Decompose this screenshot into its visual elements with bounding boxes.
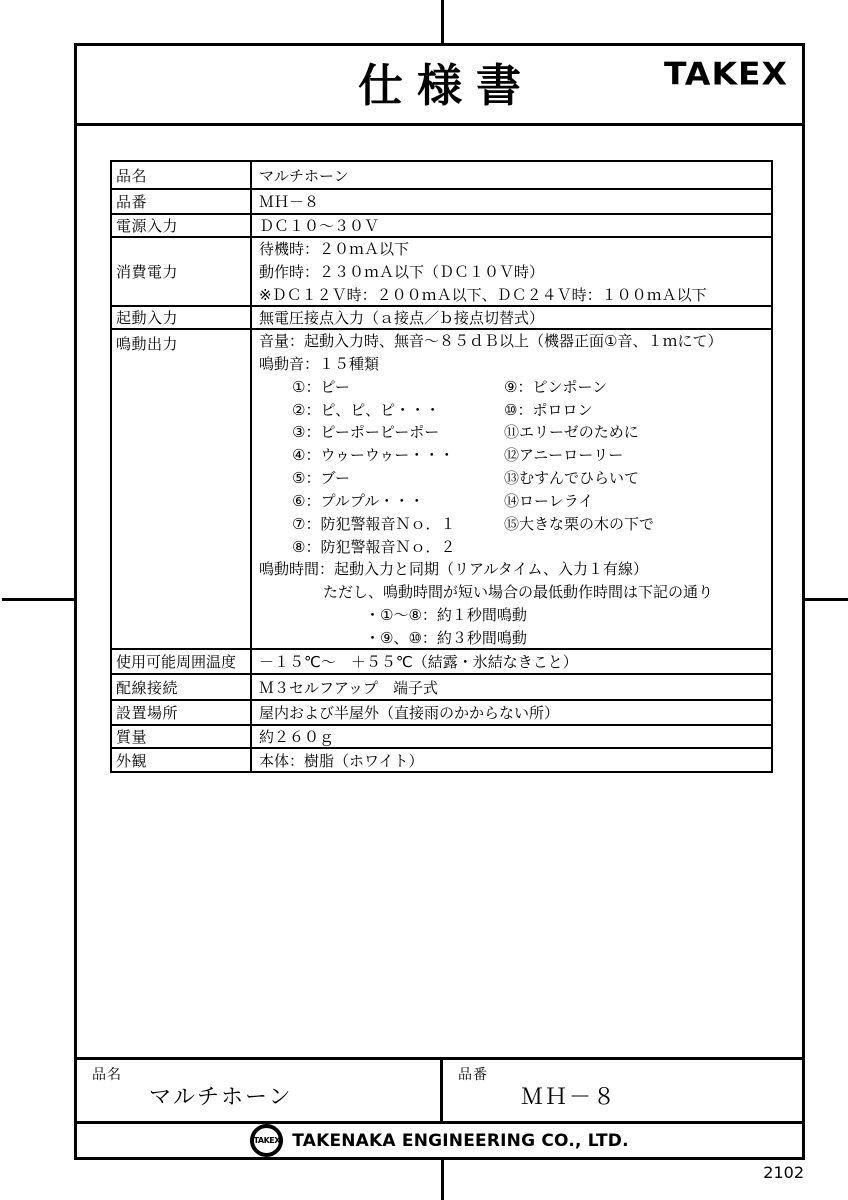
row-label: 消費電力 xyxy=(112,238,252,305)
row-value: 音量：起動入力時、無音～８５ｄＢ以上（機器正面①音、１ｍにて） 鳴動音：１５種類… xyxy=(252,330,771,648)
row-value: 待機時：２０ｍＡ以下 動作時：２３０ｍＡ以下（ＤＣ１０Ｖ時） ※ＤＣ１２Ｖ時：２… xyxy=(252,238,771,305)
sound-item: ⑪エリーゼのために xyxy=(504,421,771,444)
sound-duration-line: ・①～⑧：約１秒間鳴動 xyxy=(259,604,771,627)
sound-item: ⑧：防犯警報音Ｎｏ．２ xyxy=(292,536,504,559)
spec-row-operating-temperature: 使用可能周囲温度 －１５℃～ ＋５５℃（結露・氷結なきこと） xyxy=(112,648,771,673)
spec-row-wiring-connection: 配線接続 Ｍ３セルフアップ 端子式 xyxy=(112,673,771,699)
footer-product-name-cell: 品名 マルチホーン xyxy=(77,1060,443,1121)
footer-name-label: 品名 xyxy=(92,1064,122,1084)
row-label: 設置場所 xyxy=(112,701,252,724)
company-bar: TAKEX TAKENAKA ENGINEERING CO., LTD. xyxy=(77,1121,802,1157)
row-label: 質量 xyxy=(112,726,252,747)
sound-item: ⑨：ピンポーン xyxy=(504,376,771,399)
consumption-line: ※ＤＣ１２Ｖ時：２００ｍＡ以下、ＤＣ２４Ｖ時：１００ｍＡ以下 xyxy=(259,284,771,307)
crop-mark-top xyxy=(441,0,444,44)
header: 仕様書 TAKEX xyxy=(77,46,802,126)
crop-mark-right xyxy=(804,598,848,601)
row-label: 鳴動出力 xyxy=(112,330,252,648)
row-value: －１５℃～ ＋５５℃（結露・氷結なきこと） xyxy=(252,650,771,673)
sound-item: ②：ピ、ピ、ピ・・・ xyxy=(292,399,504,422)
spec-row-installation-location: 設置場所 屋内および半屋外（直接雨のかからない所） xyxy=(112,699,771,724)
sound-item: ⑮大きな栗の木の下で xyxy=(504,513,771,536)
consumption-line: 待機時：２０ｍＡ以下 xyxy=(259,238,771,261)
sound-list: ①：ピー ⑨：ピンポーン ②：ピ、ピ、ピ・・・ ⑩：ポロロン ③：ピーポーピーポ… xyxy=(259,376,771,559)
sound-item: ⑭ローレライ xyxy=(504,490,771,513)
sound-item: ⑦：防犯警報音Ｎｏ．１ xyxy=(292,513,504,536)
sound-kinds-line: 鳴動音：１５種類 xyxy=(259,353,771,376)
sound-item: ①：ピー xyxy=(292,376,504,399)
row-value: 本体：樹脂（ホワイト） xyxy=(252,749,771,771)
company-name: TAKENAKA ENGINEERING CO., LTD. xyxy=(292,1131,629,1151)
row-value: ＤＣ１０～３０Ｖ xyxy=(252,215,771,236)
row-label: 使用可能周囲温度 xyxy=(112,650,252,673)
spec-row-weight: 質量 約２６０ｇ xyxy=(112,724,771,747)
sound-item: ⑩：ポロロン xyxy=(504,399,771,422)
row-value: マルチホーン xyxy=(252,162,771,188)
footer-number-label: 品番 xyxy=(458,1064,488,1084)
spec-row-appearance: 外観 本体：樹脂（ホワイト） xyxy=(112,747,771,771)
row-value: 無電圧接点入力（ａ接点／ｂ接点切替式） xyxy=(252,307,771,328)
footer-number-value: ＭＨ－８ xyxy=(521,1080,617,1111)
spec-table: 品名 マルチホーン 品番 ＭＨ－８ 電源入力 ＤＣ１０～３０Ｖ 消費電力 待機時… xyxy=(110,160,773,773)
sound-item: ⑫アニーローリー xyxy=(504,444,771,467)
sound-item: ⑤：ブー xyxy=(292,467,504,490)
sound-volume-line: 音量：起動入力時、無音～８５ｄＢ以上（機器正面①音、１ｍにて） xyxy=(259,330,771,353)
row-label: 外観 xyxy=(112,749,252,771)
sound-item xyxy=(504,536,771,559)
spec-row-trigger-input: 起動入力 無電圧接点入力（ａ接点／ｂ接点切替式） xyxy=(112,305,771,328)
sound-item: ④：ウゥーウゥー・・・ xyxy=(292,444,504,467)
row-label: 品番 xyxy=(112,190,252,213)
sound-item: ⑬むすんでひらいて xyxy=(504,467,771,490)
takex-brand-logo: TAKEX xyxy=(664,55,788,92)
spec-row-sound-output: 鳴動出力 音量：起動入力時、無音～８５ｄＢ以上（機器正面①音、１ｍにて） 鳴動音… xyxy=(112,328,771,648)
row-value: ＭＨ－８ xyxy=(252,190,771,213)
doc-number: 2102 xyxy=(763,1163,804,1182)
sound-item: ③：ピーポーピーポー xyxy=(292,421,504,444)
spec-row-product-name: 品名 マルチホーン xyxy=(112,162,771,188)
row-label: 起動入力 xyxy=(112,307,252,328)
crop-mark-bottom xyxy=(441,1157,444,1200)
sound-duration-line: ただし、鳴動時間が短い場合の最低動作時間は下記の通り xyxy=(259,581,771,604)
crop-mark-left xyxy=(2,598,75,601)
sound-duration-line: 鳴動時間：起動入力と同期（リアルタイム、入力１有線） xyxy=(259,558,771,581)
footer-name-value: マルチホーン xyxy=(149,1080,293,1111)
spec-sheet-page: 仕様書 TAKEX 品名 マルチホーン 品番 ＭＨ－８ 電源入力 ＤＣ１０～３０… xyxy=(0,0,848,1200)
consumption-line: 動作時：２３０ｍＡ以下（ＤＣ１０Ｖ時） xyxy=(259,261,771,284)
row-label: 配線接続 xyxy=(112,675,252,699)
row-value: 約２６０ｇ xyxy=(252,726,771,747)
page-frame: 仕様書 TAKEX 品名 マルチホーン 品番 ＭＨ－８ 電源入力 ＤＣ１０～３０… xyxy=(74,43,805,1160)
row-value: Ｍ３セルフアップ 端子式 xyxy=(252,675,771,699)
row-label: 電源入力 xyxy=(112,215,252,236)
sound-item: ⑥：プルプル・・・ xyxy=(292,490,504,513)
footer-model-number-cell: 品番 ＭＨ－８ xyxy=(443,1060,802,1121)
sound-duration-line: ・⑨、⑩：約３秒間鳴動 xyxy=(259,627,771,650)
footer-id-block: 品名 マルチホーン 品番 ＭＨ－８ xyxy=(77,1057,802,1121)
spec-row-power-consumption: 消費電力 待機時：２０ｍＡ以下 動作時：２３０ｍＡ以下（ＤＣ１０Ｖ時） ※ＤＣ１… xyxy=(112,236,771,305)
spec-row-power-input: 電源入力 ＤＣ１０～３０Ｖ xyxy=(112,213,771,236)
row-label: 品名 xyxy=(112,162,252,188)
takex-logo-icon: TAKEX xyxy=(250,1124,283,1157)
row-value: 屋内および半屋外（直接雨のかからない所） xyxy=(252,701,771,724)
spec-row-model-number: 品番 ＭＨ－８ xyxy=(112,188,771,213)
